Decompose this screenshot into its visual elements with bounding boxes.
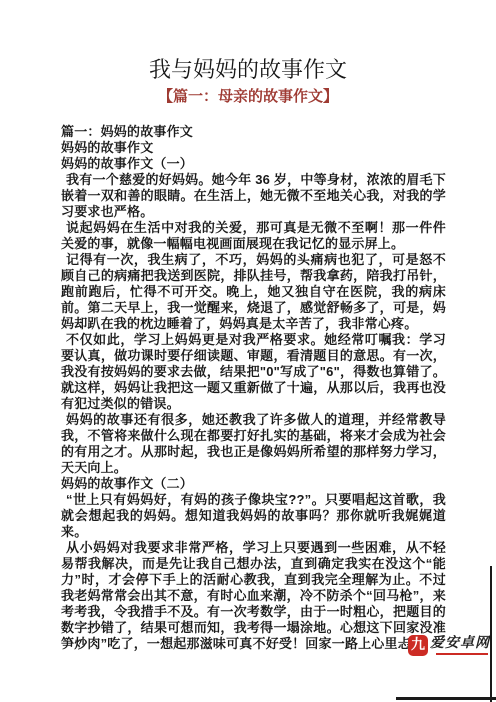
frame-line-vertical [490,566,492,702]
article-paragraph: 从小妈妈对我要求非常严格，学习上只要遇到一些困难，从不轻易帮我解决，而是先让我自… [61,540,446,652]
article-heading: 妈妈的故事作文 [61,140,446,156]
site-watermark: 九 爱安卓网 [408,635,490,656]
brand-text-wrap: 爱安卓网 [430,635,490,655]
article-paragraph: 妈妈的故事还有很多，她还教我了许多做人的道理，并经常教导我，不管将来做什么现在都… [61,412,446,476]
document-page: 我与妈妈的故事作文 【篇一：母亲的故事作文】 篇一：妈妈的故事作文妈妈的故事作文… [0,0,496,702]
seal-character: 九 [411,639,425,653]
article-paragraph: 说起妈妈在生活中对我的关爱，那可真是无微不至啊！那一件件关爱的事，就像一幅幅电视… [61,220,446,252]
article-paragraph: 记得有一次，我生病了，不巧，妈妈的头痛病也犯了，可是怒不顾自己的病痛把我送到医院… [61,252,446,332]
article-paragraph: 我有一个慈爱的好妈妈。她今年 36 岁，中等身材，浓浓的眉毛下嵌着一双和善的眼睛… [61,172,446,220]
brand-text: 爱安卓网 [430,635,490,653]
article-heading: 妈妈的故事作文（二） [61,476,446,492]
article-heading: 篇一：妈妈的故事作文 [61,124,446,140]
page-title: 我与妈妈的故事作文 [0,0,496,84]
article-body: 篇一：妈妈的故事作文妈妈的故事作文妈妈的故事作文（一）我有一个慈爱的好妈妈。她今… [61,124,446,652]
seal-icon: 九 [408,635,428,656]
brand-underline [436,653,488,655]
page-subtitle: 【篇一：母亲的故事作文】 [0,87,496,107]
article-paragraph: “世上只有妈妈好，有妈的孩子像块宝??”。只要唱起这首歌，我就会想起我的妈妈。想… [61,492,446,540]
frame-line-horizontal [396,697,496,700]
article-heading: 妈妈的故事作文（一） [61,156,446,172]
article-paragraph: 不仅如此，学习上妈妈更是对我严格要求。她经常叮嘱我：学习要认真，做功课时要仔细读… [61,332,446,412]
